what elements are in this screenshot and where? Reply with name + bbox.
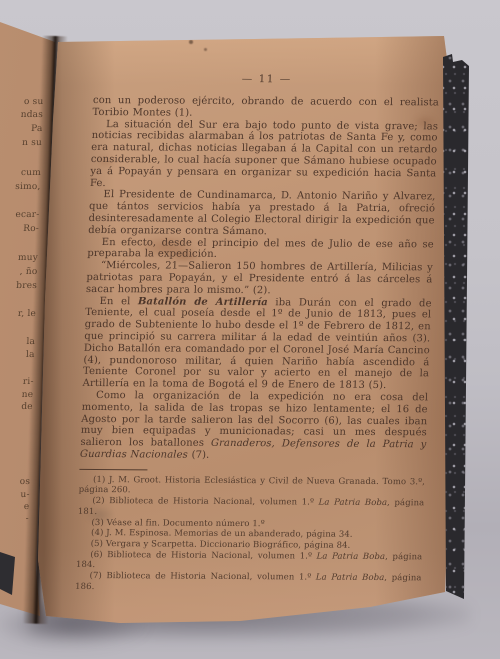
paragraph: En el Batallón de Artillería iba Durán c… bbox=[82, 295, 431, 392]
paragraph: “Miércoles, 21—Salieron 150 hombres de A… bbox=[86, 260, 433, 298]
paragraph: La situación del Sur era bajo todo punto… bbox=[90, 119, 439, 192]
body-text: con un poderoso ejército, obrando de acu… bbox=[80, 95, 439, 463]
page-speck bbox=[204, 48, 207, 51]
page-speck bbox=[189, 40, 193, 44]
paragraph: con un poderoso ejército, obrando de acu… bbox=[92, 95, 439, 121]
book-page: — 11 — con un poderoso ejército, obrando… bbox=[0, 0, 500, 659]
footnotes: (1) J. M. Groot. Historia Eclesiástica y… bbox=[75, 475, 425, 595]
footnote: (6) Biblioteca de Historia Nacional, vol… bbox=[76, 550, 423, 574]
paragraph: Como la organización de la expedición no… bbox=[80, 390, 429, 463]
footnote: (1) J. M. Groot. Historia Eclesiástica y… bbox=[78, 475, 425, 499]
paragraph: En efecto, desde el principio del mes de… bbox=[87, 237, 434, 263]
footnote: (2) Biblioteca de Historia Nacional, vol… bbox=[78, 496, 425, 520]
footnote: (7) Biblioteca de Historia Nacional, vol… bbox=[75, 571, 422, 595]
footnote-separator bbox=[79, 469, 147, 470]
paragraph: El Presidente de Cundinamarca, D. Antoni… bbox=[88, 189, 436, 239]
page-content: — 11 — con un poderoso ejército, obrando… bbox=[75, 72, 440, 595]
photo-of-open-book: o sundasPan sucumsimo,ecar-Ro-muy, ñobre… bbox=[0, 0, 500, 659]
page-number: — 11 — bbox=[94, 72, 440, 86]
